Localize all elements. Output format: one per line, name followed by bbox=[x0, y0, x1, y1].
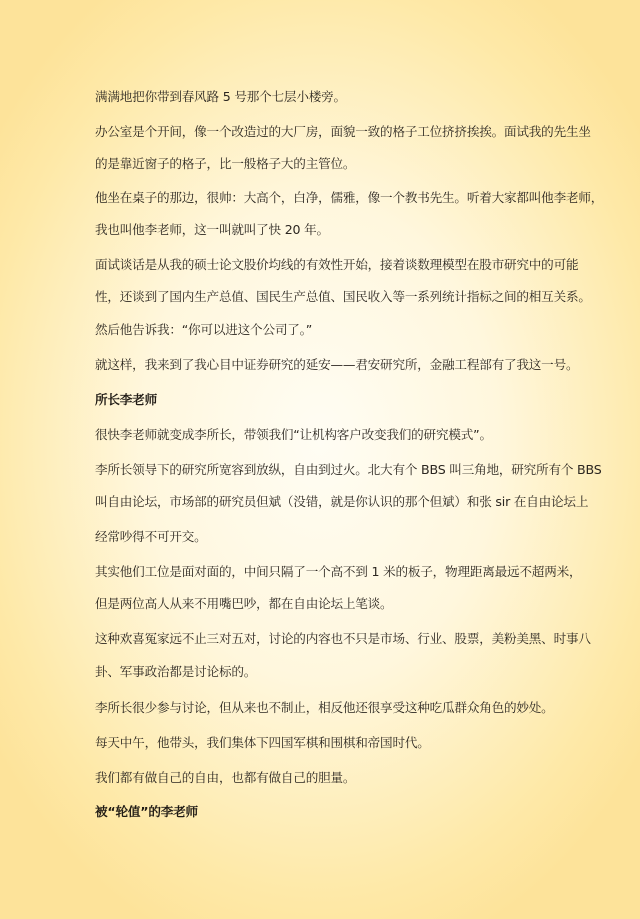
paragraph-line: 然后他告诉我：“你可以进这个公司了。” bbox=[95, 322, 565, 338]
section-heading: 被“轮值”的李老师 bbox=[95, 804, 565, 820]
paragraph-line: 其实他们工位是面对面的，中间只隔了一个高不到 1 米的板子，物理距离最远不超两米… bbox=[95, 564, 565, 580]
paragraph-line: 面试谈话是从我的硕士论文股价均线的有效性开始，接着谈数理模型在股市研究中的可能 bbox=[95, 257, 565, 273]
paragraph-line: 满满地把你带到春风路 5 号那个七层小楼旁。 bbox=[95, 89, 565, 105]
paragraph-line: 但是两位高人从来不用嘴巴吵，都在自由论坛上笔谈。 bbox=[95, 596, 565, 612]
paragraph-line: 的是靠近窗子的格子，比一般格子大的主管位。 bbox=[95, 156, 565, 172]
paragraph-line: 我也叫他李老师，这一叫就叫了快 20 年。 bbox=[95, 222, 565, 238]
paragraph-line: 这种欢喜冤家远不止三对五对，讨论的内容也不只是市场、行业、股票，美粉美黑、时事八 bbox=[95, 631, 565, 647]
paragraph-line: 很快李老师就变成李所长，带领我们“让机构客户改变我们的研究模式”。 bbox=[95, 427, 565, 443]
section-heading: 所长李老师 bbox=[95, 392, 565, 408]
paragraph-line: 他坐在桌子的那边，很帅：大高个，白净，儒雅，像一个教书先生。听着大家都叫他李老师… bbox=[95, 190, 565, 206]
article-page: 满满地把你带到春风路 5 号那个七层小楼旁。 办公室是个开间，像一个改造过的大厂… bbox=[0, 0, 640, 919]
paragraph-line: 办公室是个开间，像一个改造过的大厂房，面貌一致的格子工位挤挤挨挨。面试我的先生坐 bbox=[95, 124, 565, 140]
paragraph-line: 每天中午，他带头，我们集体下四国军棋和围棋和帝国时代。 bbox=[95, 735, 565, 751]
paragraph-line: 卦、军事政治都是讨论标的。 bbox=[95, 664, 565, 680]
paragraph-line: 性，还谈到了国内生产总值、国民生产总值、国民收入等一系列统计指标之间的相互关系。 bbox=[95, 289, 565, 305]
paragraph-line: 就这样，我来到了我心目中证券研究的延安——君安研究所，金融工程部有了我这一号。 bbox=[95, 357, 565, 373]
paragraph-line: 李所长领导下的研究所宽容到放纵，自由到过火。北大有个 BBS 叫三角地，研究所有… bbox=[95, 462, 565, 478]
paragraph-line: 叫自由论坛，市场部的研究员但斌（没错，就是你认识的那个但斌）和张 sir 在自由… bbox=[95, 494, 565, 510]
paragraph-line: 经常吵得不可开交。 bbox=[95, 529, 565, 545]
paragraph-line: 我们都有做自己的自由，也都有做自己的胆量。 bbox=[95, 770, 565, 786]
paragraph-line: 李所长很少参与讨论，但从来也不制止，相反他还很享受这种吃瓜群众角色的妙处。 bbox=[95, 700, 565, 716]
